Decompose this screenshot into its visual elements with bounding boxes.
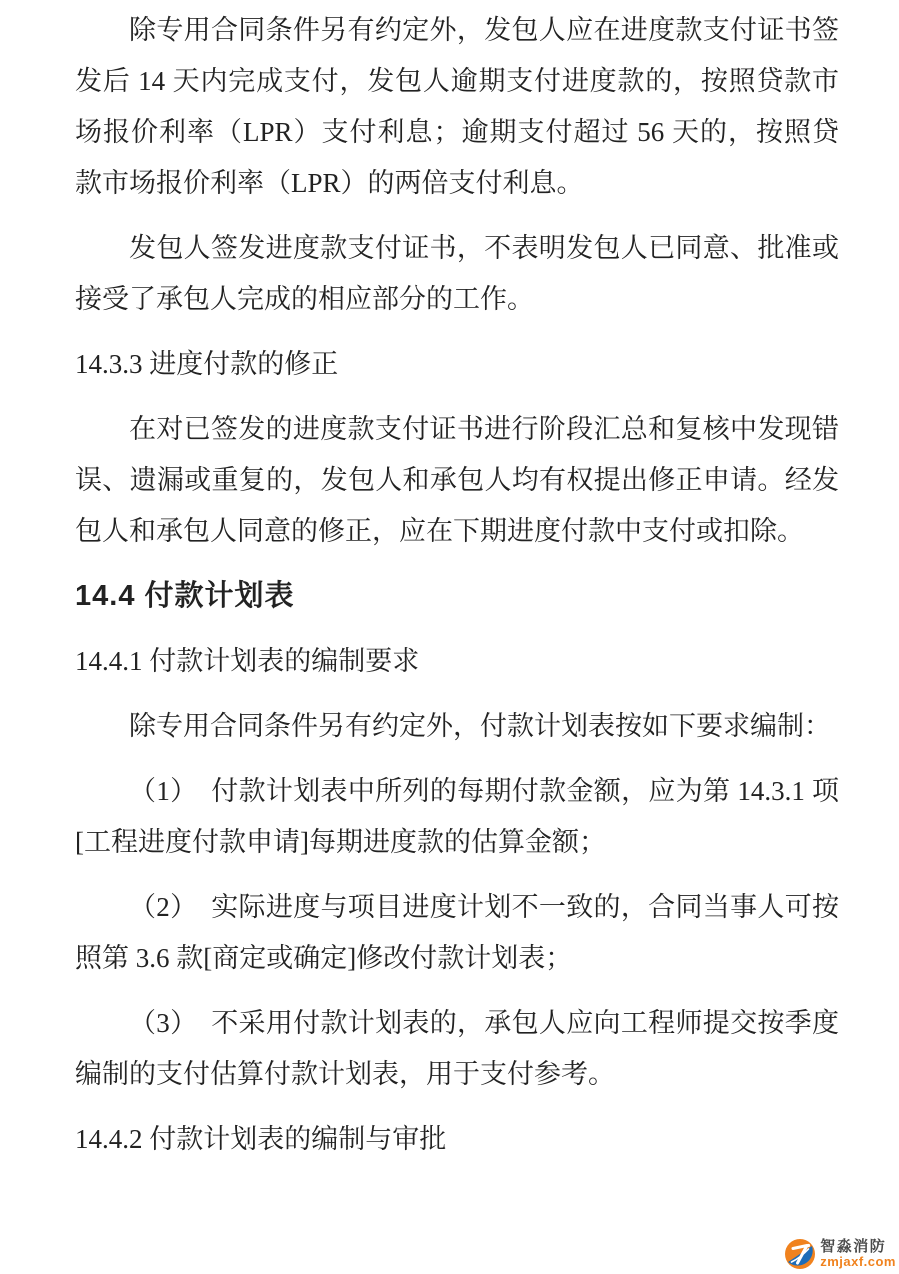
doc-section-heading: 14.4 付款计划表: [75, 571, 839, 622]
doc-paragraph: 发包人签发进度款支付证书，不表明发包人已同意、批准或接受了承包人完成的相应部分的…: [75, 223, 839, 325]
brand-name: 智淼消防: [820, 1239, 896, 1255]
doc-paragraph: 在对已签发的进度款支付证书进行阶段汇总和复核中发现错误、遗漏或重复的，发包人和承…: [75, 404, 839, 557]
doc-paragraph: 除专用合同条件另有约定外，付款计划表按如下要求编制：: [75, 701, 839, 752]
document-content: 除专用合同条件另有约定外，发包人应在进度款支付证书签发后 14 天内完成支付，发…: [75, 0, 839, 1179]
brand-url: zmjaxf.com: [820, 1255, 896, 1269]
document-page: 除专用合同条件另有约定外，发包人应在进度款支付证书签发后 14 天内完成支付，发…: [0, 0, 899, 1274]
doc-section-heading: 14.4.1 付款计划表的编制要求: [75, 636, 839, 687]
doc-section-heading: 14.4.2 付款计划表的编制与审批: [75, 1114, 839, 1165]
brand-text-block: 智淼消防 zmjaxf.com: [820, 1239, 896, 1268]
doc-paragraph: （1） 付款计划表中所列的每期付款金额，应为第 14.3.1 项[工程进度付款申…: [75, 766, 839, 868]
doc-paragraph: （3） 不采用付款计划表的，承包人应向工程师提交按季度编制的支付估算付款计划表，…: [75, 998, 839, 1100]
doc-paragraph: 除专用合同条件另有约定外，发包人应在进度款支付证书签发后 14 天内完成支付，发…: [75, 5, 839, 209]
doc-paragraph: （2） 实际进度与项目进度计划不一致的，合同当事人可按照第 3.6 款[商定或确…: [75, 882, 839, 984]
zhimiao-fire-logo-icon: [785, 1239, 815, 1269]
brand-watermark: 智淼消防 zmjaxf.com: [785, 1239, 896, 1269]
doc-section-heading: 14.3.3 进度付款的修正: [75, 339, 839, 390]
